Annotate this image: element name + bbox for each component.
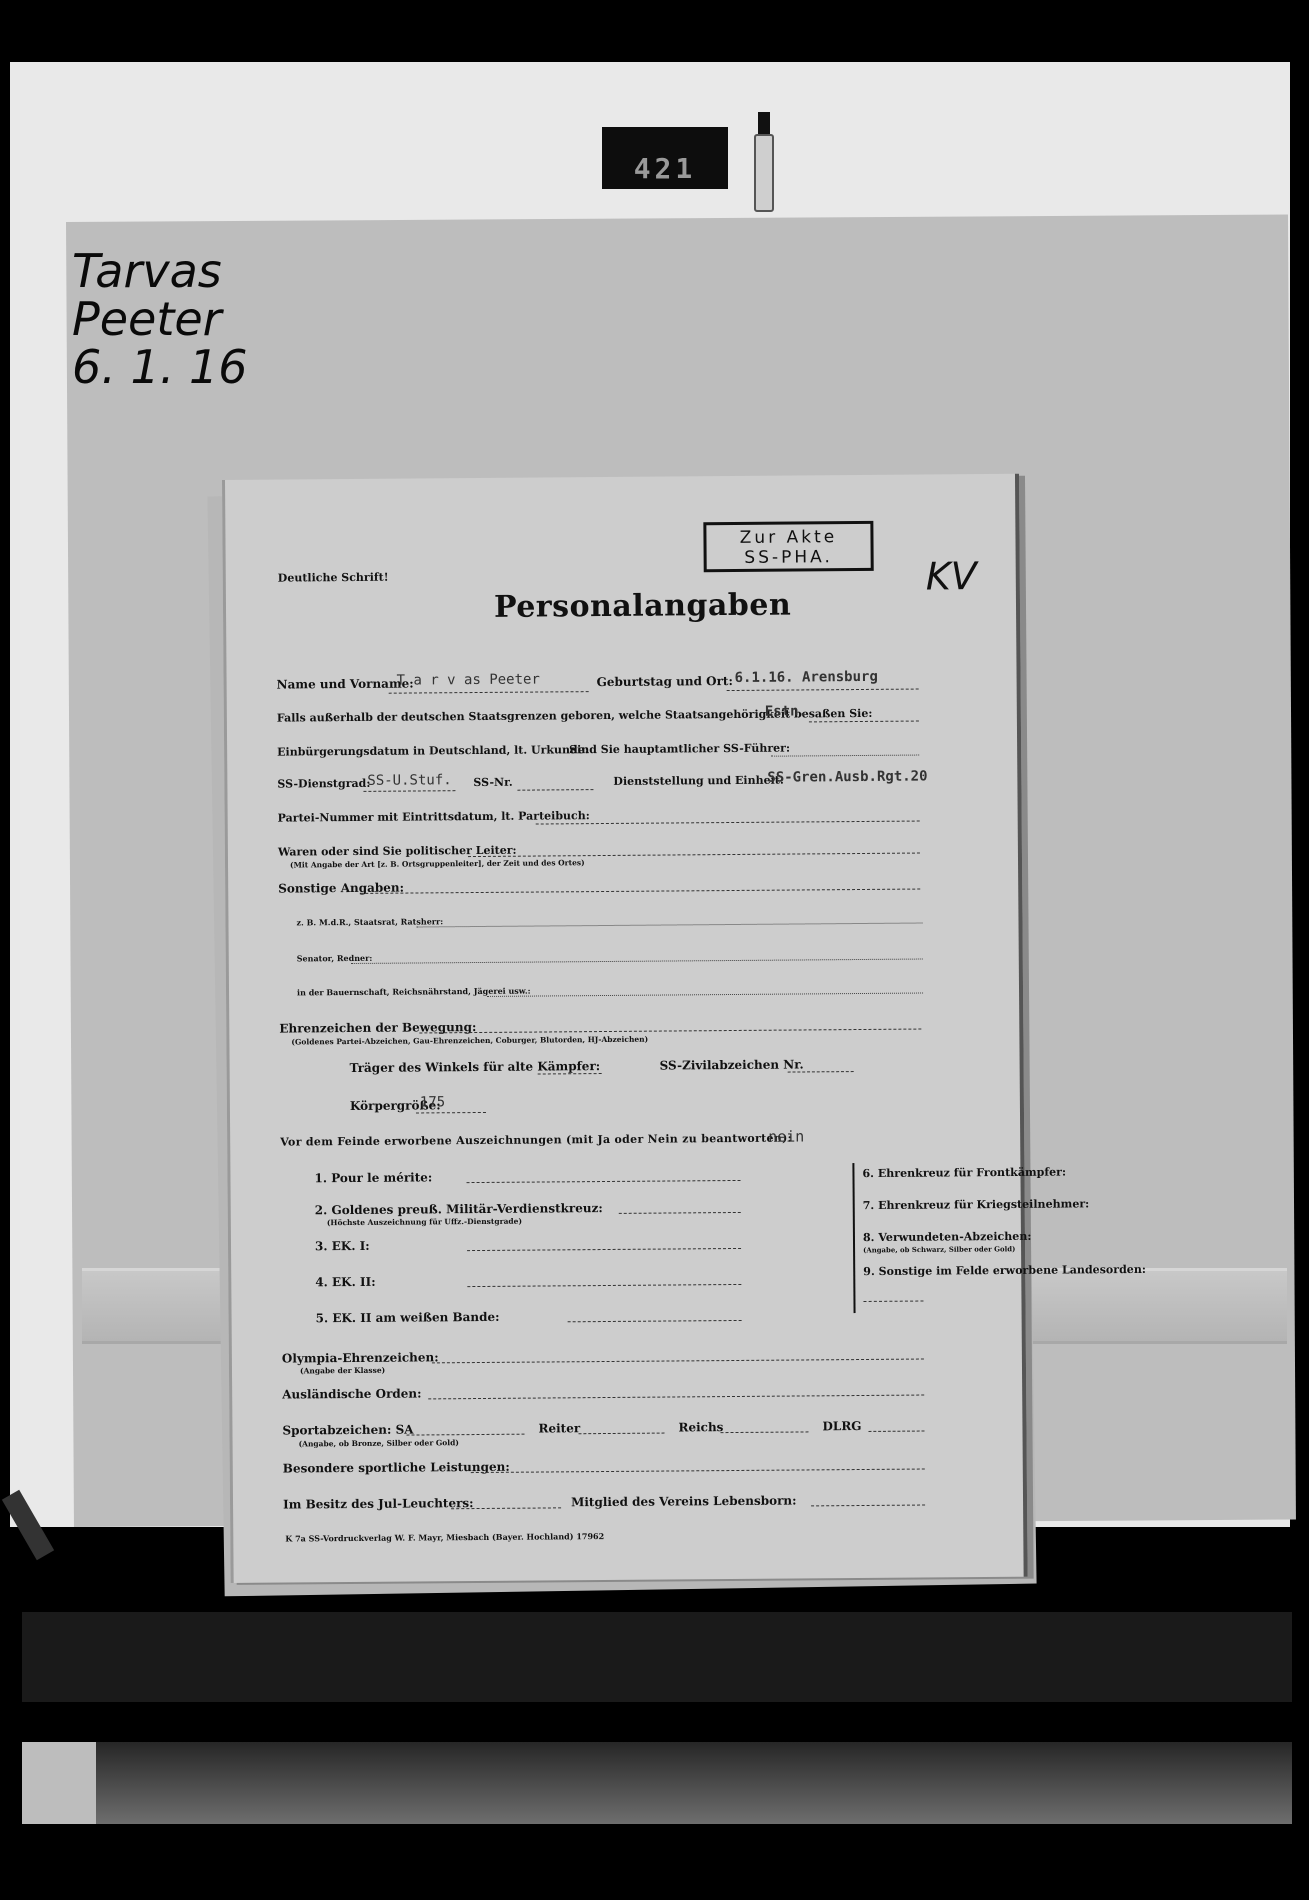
archive-stamp: Zur Akte SS-PHA. [703, 521, 873, 572]
decoration-left-note: (Höchste Auszeichnung für Uffz.-Dienstgr… [327, 1217, 522, 1228]
decoration-left-entry-line [568, 1320, 742, 1322]
unit-label: Dienststellung und Einheit: [613, 774, 784, 788]
stamp-line-1: Zur Akte [706, 527, 870, 548]
folder-birth-date: 6. 1. 16 [72, 344, 248, 390]
rider-label: Reiter [538, 1421, 580, 1435]
olympia-note: (Angabe der Klasse) [300, 1366, 385, 1376]
foreign-orders-label: Ausländische Orden: [282, 1386, 421, 1401]
stamp-line-2: SS-PHA. [707, 547, 871, 568]
reich-label: Reichs [678, 1420, 723, 1434]
dlrg-label: DLRG [822, 1419, 861, 1433]
rank-value: SS-U.Stuf. [367, 772, 451, 789]
handwritten-mark: KV [926, 554, 977, 598]
decoration-right-label: 7. Ehrenkreuz für Kriegsteilnehmer: [863, 1197, 1090, 1212]
folder-handwritten-label: Tarvas Peeter 6. 1. 16 [72, 248, 248, 392]
jul-label: Im Besitz des Jul-Leuchters: [283, 1496, 474, 1511]
decoration-left-entry-line [467, 1248, 741, 1251]
birth-label: Geburtstag und Ort: [597, 674, 733, 689]
civil-badge-label: SS-Zivilabzeichen Nr. [660, 1057, 804, 1072]
column-divider [852, 1163, 855, 1313]
form-title: Personalangaben [494, 588, 792, 625]
decoration-left-label: 2. Goldenes preuß. Militär-Verdienstkreu… [315, 1201, 603, 1217]
folder-given-name: Peeter [72, 296, 248, 342]
decoration-left-entry-line [619, 1212, 741, 1214]
honors-note: (Goldenes Partei-Abzeichen, Gau-Ehrenzei… [291, 1035, 648, 1047]
binder-clip-icon [752, 112, 778, 214]
ss-number-label: SS-Nr. [473, 776, 512, 789]
bottom-gray-band [22, 1742, 1292, 1824]
other-sub-2: Senator, Redner: [297, 953, 373, 964]
decoration-right-note: (Angabe, ob Schwarz, Silber oder Gold) [863, 1245, 1015, 1254]
lebensborn-label: Mitglied des Vereins Lebensborn: [571, 1494, 797, 1510]
sport-badge-note: (Angabe, ob Bronze, Silber oder Gold) [299, 1438, 459, 1448]
decorations-label: Vor dem Feinde erworbene Auszeichnungen … [280, 1132, 792, 1149]
form-footer: K 7a SS-Vordruckverlag W. F. Mayr, Miesb… [285, 1531, 604, 1544]
decoration-right-label: 8. Verwundeten-Abzeichen: [863, 1230, 1032, 1244]
unit-value: SS-Gren.Ausb.Rgt.20 [767, 768, 927, 785]
rank-label: SS-Dienstgrad: [277, 777, 370, 791]
name-label: Name und Vorname: [277, 677, 414, 692]
party-label: Partei-Nummer mit Eintrittsdatum, lt. Pa… [278, 809, 590, 824]
special-sport-label: Besondere sportliche Leistungen: [283, 1460, 510, 1476]
decoration-left-label: 4. EK. II: [315, 1275, 375, 1289]
olympia-label: Olympia-Ehrenzeichen: [282, 1350, 439, 1365]
sport-badge-label: Sportabzeichen: SA [282, 1423, 413, 1438]
citizenship-value: Estn. [765, 703, 807, 719]
decoration-left-label: 3. EK. I: [315, 1239, 370, 1253]
ss-leader-label: Sind Sie hauptamtlicher SS-Führer: [569, 742, 790, 757]
political-note: (Mit Angabe der Art [z. B. Ortsgruppenle… [290, 858, 585, 869]
birth-value: 6.1.16. Arensburg [735, 669, 878, 686]
decoration-right-label: 9. Sonstige im Felde erworbene Landesord… [863, 1263, 1146, 1278]
height-value: 175 [420, 1094, 445, 1110]
instruction-text: Deutliche Schrift! [278, 571, 389, 585]
decoration-right-label: 6. Ehrenkreuz für Frontkämpfer: [862, 1165, 1066, 1179]
decoration-left-label: 1. Pour le mérite: [314, 1170, 432, 1185]
folder-surname: Tarvas [72, 248, 248, 294]
name-value: T a r v as Peeter [397, 672, 540, 689]
decoration-left-label: 5. EK. II am weißen Bande: [316, 1310, 500, 1325]
personnel-form: Zur Akte SS-PHA. Deutliche Schrift! Pers… [222, 474, 1028, 1583]
decoration-left-entry-line [467, 1180, 741, 1183]
decorations-value: nein [768, 1127, 804, 1145]
bottom-dark-band [22, 1612, 1292, 1702]
frame-counter: 421 [602, 127, 728, 189]
decoration-left-entry-line [467, 1284, 741, 1287]
naturalization-label: Einbürgerungsdatum in Deutschland, lt. U… [277, 743, 589, 758]
